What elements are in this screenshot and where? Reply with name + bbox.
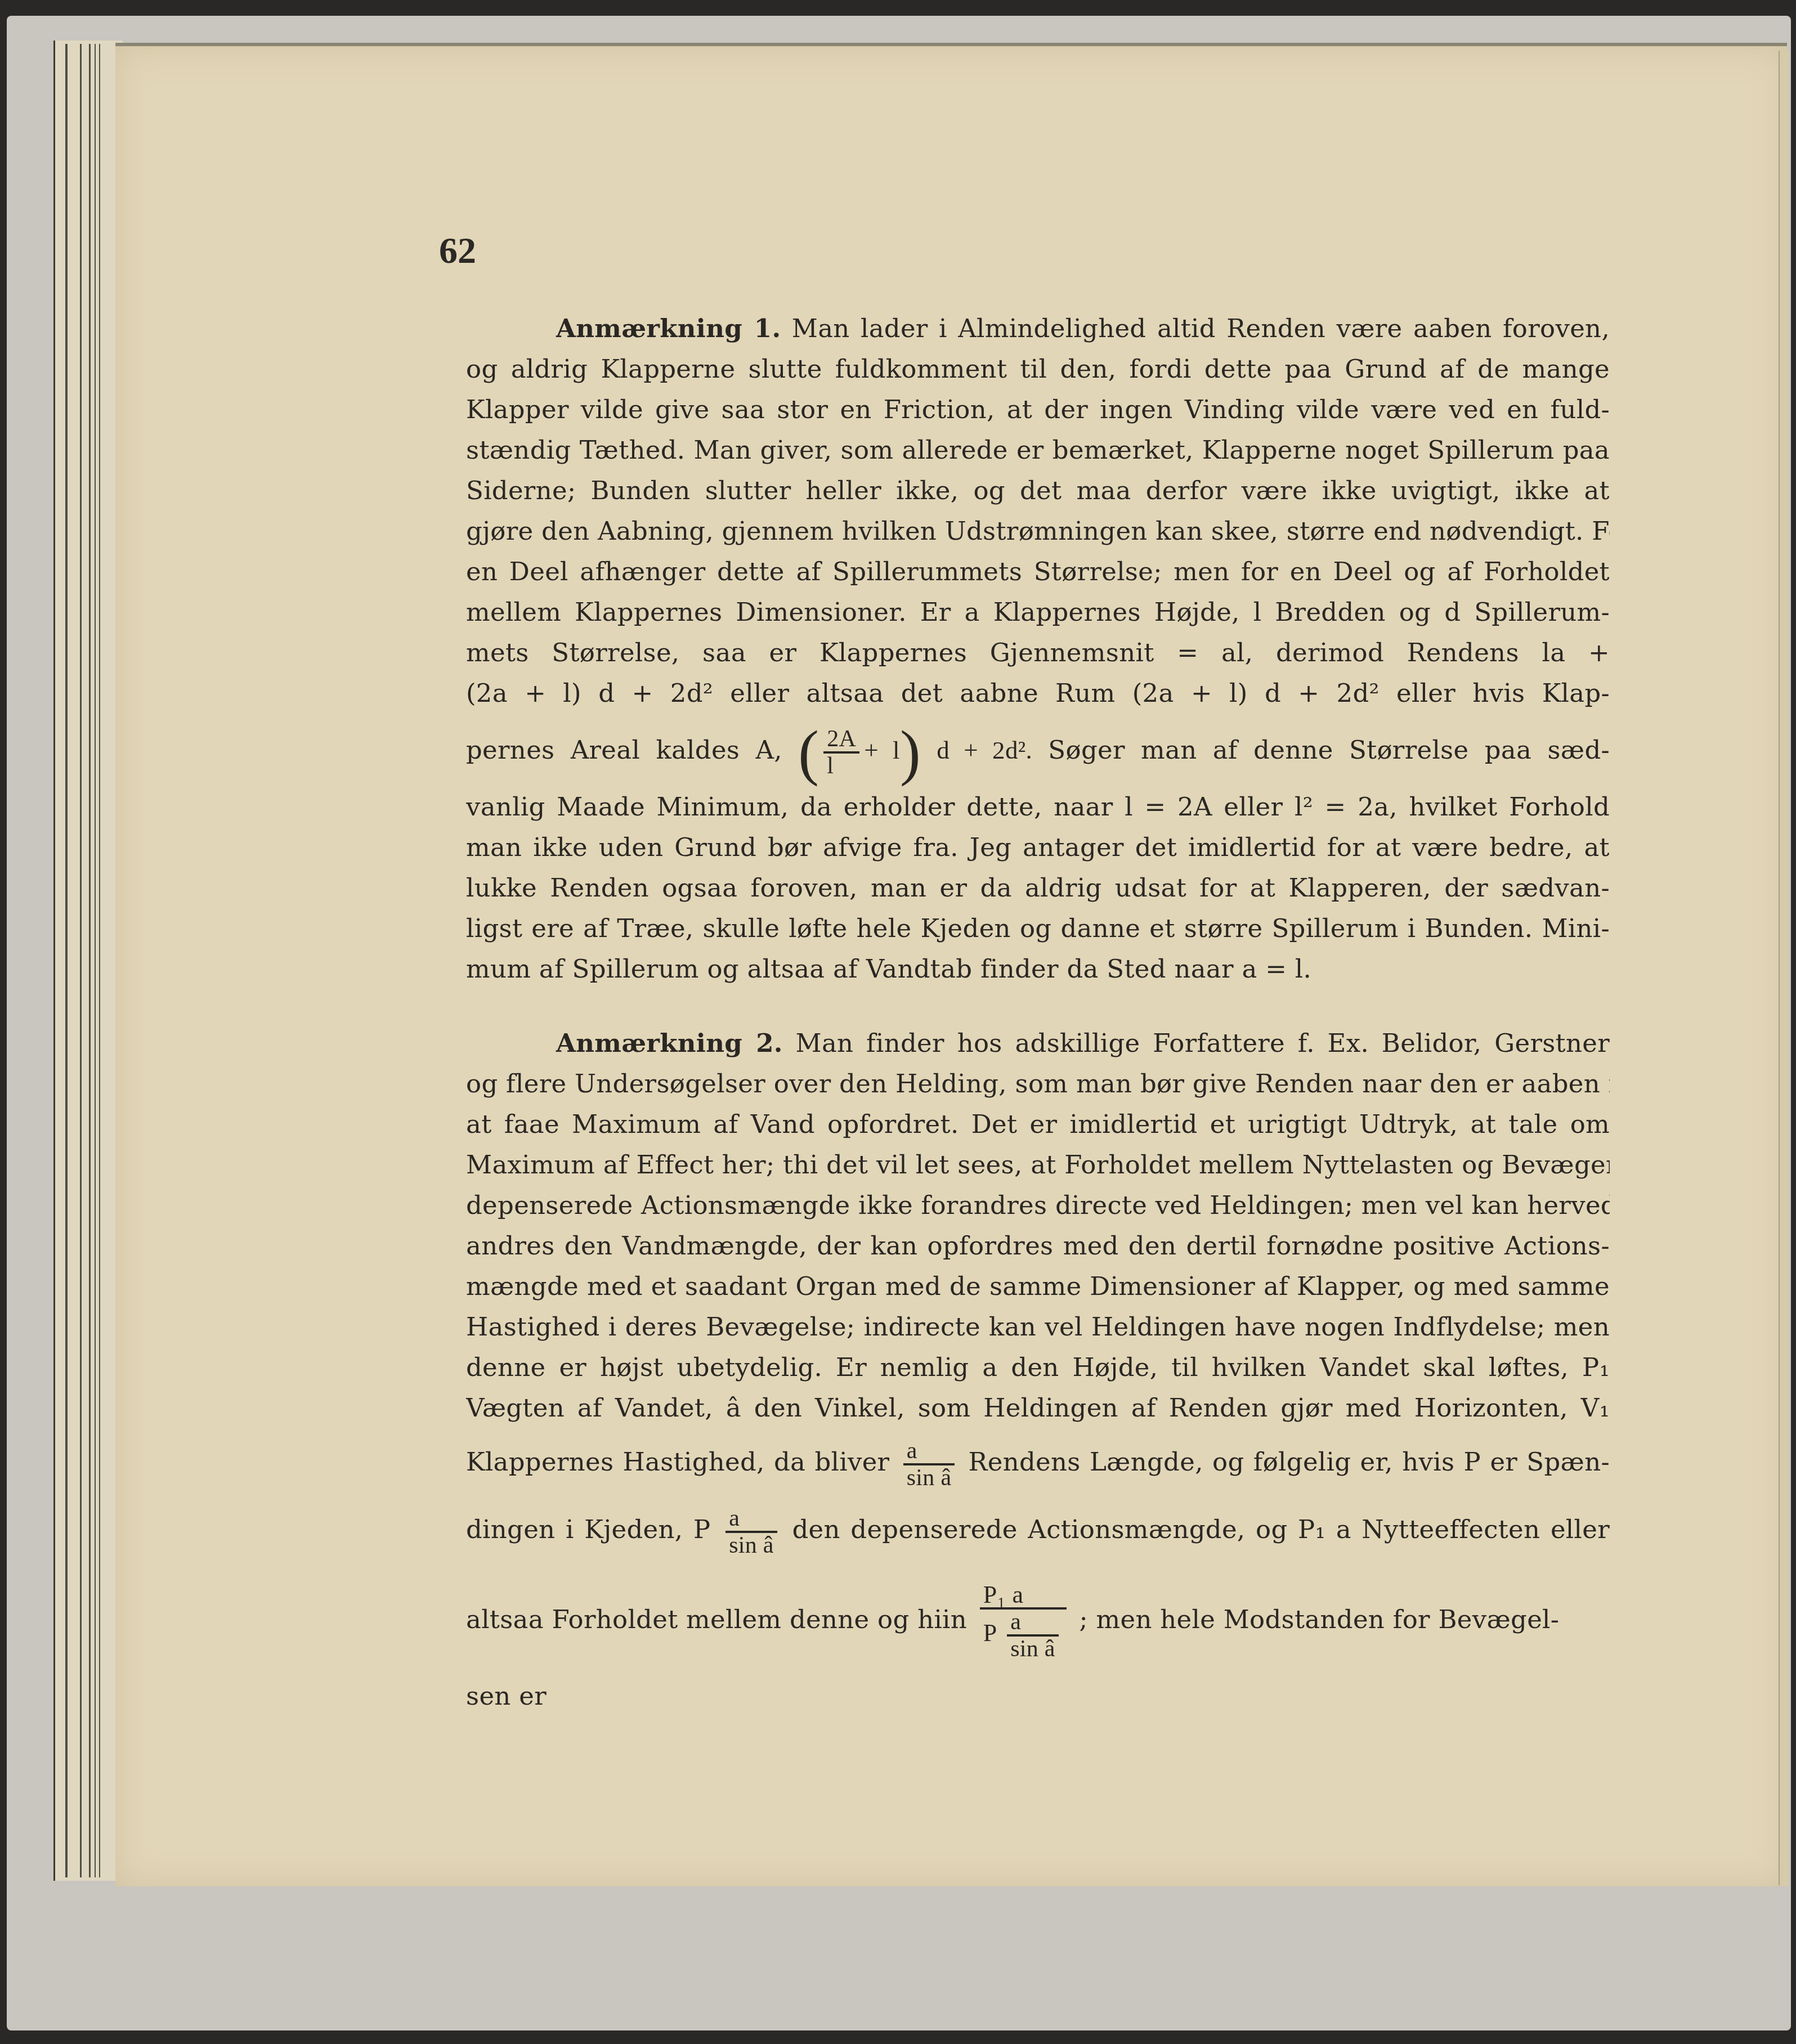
page-leaf-edge xyxy=(95,44,96,1877)
remark-2: Anmærkning 2. Man finder hos adskillige … xyxy=(466,1023,1610,1716)
remark-heading: Anmærkning 2. xyxy=(556,1028,783,1058)
text-line: Siderne; Bunden slutter heller ikke, og … xyxy=(466,470,1610,511)
page-right-edge xyxy=(1779,51,1789,1885)
text-line: (2a + l) d + 2d² eller altsaa det aabne … xyxy=(466,673,1610,714)
right-paren: ) xyxy=(900,718,921,787)
text-line: Hastighed i deres Bevægelse; indirecte k… xyxy=(466,1307,1610,1347)
text-line: mum af Spillerum og altsaa af Vandtab fi… xyxy=(466,949,1610,989)
text-line: sen er xyxy=(466,1676,1610,1716)
text-line: stændig Tæthed. Man giver, som allerede … xyxy=(466,430,1610,470)
text-line: Anmærkning 2. Man finder hos adskillige … xyxy=(466,1023,1610,1064)
text-line: mængde med et saadant Organ med de samme… xyxy=(466,1266,1610,1307)
remark-heading: Anmærkning 1. xyxy=(556,313,781,343)
page-leaf-edge xyxy=(99,44,100,1877)
text-line: mellem Klappernes Dimensioner. Er a Klap… xyxy=(466,592,1610,633)
ratio-fraction: P₁ a P asin â xyxy=(980,1583,1067,1661)
text-line: Vægten af Vandet, â den Vinkel, som Held… xyxy=(466,1388,1610,1428)
fraction-a-over-sin: asin â xyxy=(1007,1610,1059,1661)
text-line: denne er højst ubetydelig. Er nemlig a d… xyxy=(466,1347,1610,1388)
page-number: 62 xyxy=(439,230,476,272)
text-line: andres den Vandmængde, der kan opfordres… xyxy=(466,1226,1610,1266)
text-line: gjøre den Aabning, gjennem hvilken Udstr… xyxy=(466,511,1610,552)
text-line: lukke Renden ogsaa foroven, man er da al… xyxy=(466,868,1610,908)
text-line: og flere Undersøgelser over den Helding,… xyxy=(466,1064,1610,1104)
text-line: Maximum af Effect her; thi det vil let s… xyxy=(466,1145,1610,1185)
fraction-a-over-sin: asin â xyxy=(903,1438,955,1490)
fraction-a-over-sin: asin â xyxy=(725,1506,777,1558)
page-stack xyxy=(53,41,123,1881)
formula-line: altsaa Forholdet mellem denne og hiin P₁… xyxy=(466,1563,1610,1676)
formula-line: pernes Areal kaldes A, (2Al+ l) d + 2d².… xyxy=(466,714,1610,787)
text-line: mets Størrelse, saa er Klappernes Gjenne… xyxy=(466,633,1610,673)
text-line: man ikke uden Grund bør afvige fra. Jeg … xyxy=(466,827,1610,868)
text-line: en Deel afhænger dette af Spillerummets … xyxy=(466,552,1610,592)
formula-line: dingen i Kjeden, P asin â den depensered… xyxy=(466,1496,1610,1563)
text-line: Anmærkning 1. Man lader i Almindelighed … xyxy=(466,308,1610,349)
page-leaf-edge xyxy=(89,44,91,1877)
text-line: at faae Maximum af Vand opfordret. Det e… xyxy=(466,1104,1610,1145)
page-leaf-edge xyxy=(65,44,68,1877)
page-leaf-edge xyxy=(80,44,82,1877)
text-line: Klapper vilde give saa stor en Friction,… xyxy=(466,389,1610,430)
text-line: og aldrig Klapperne slutte fuldkomment t… xyxy=(466,349,1610,389)
text-line: depenserede Actionsmængde ikke forandres… xyxy=(466,1185,1610,1226)
text-line: vanlig Maade Minimum, da erholder dette,… xyxy=(466,787,1610,827)
fraction-2A-over-l: 2Al xyxy=(823,727,859,778)
text-line: ligst ere af Træe, skulle løfte hele Kje… xyxy=(466,908,1610,949)
left-paren: ( xyxy=(798,718,819,787)
remark-1: Anmærkning 1. Man lader i Almindelighed … xyxy=(466,308,1610,989)
formula-line: Klappernes Hastighed, da bliver asin â R… xyxy=(466,1428,1610,1496)
